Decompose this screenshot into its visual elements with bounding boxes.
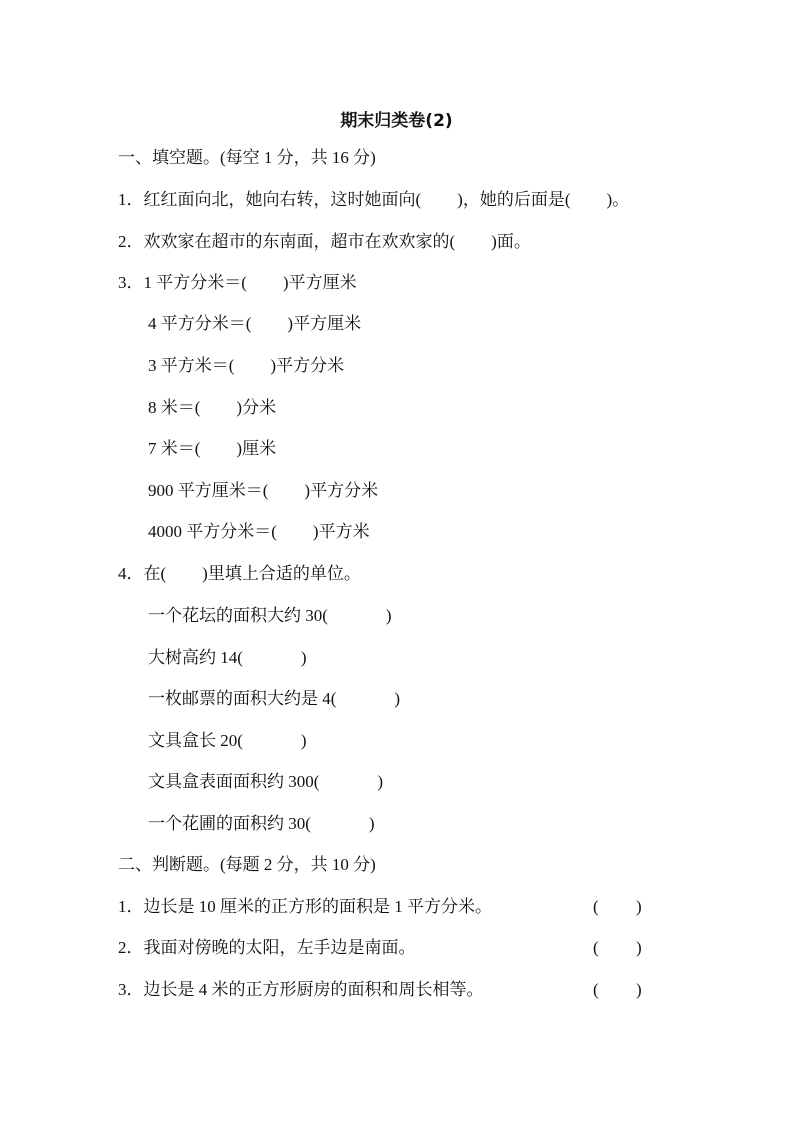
judgement-answer-blank[interactable] <box>612 937 636 959</box>
question-number: 1． <box>118 897 144 916</box>
judgement-answer-blank[interactable] <box>612 896 636 918</box>
question-number: 1． <box>118 190 144 209</box>
question-number: 4． <box>118 564 144 583</box>
question-1-3-item: 900 平方厘米＝()平方分米 <box>148 480 378 502</box>
judgement-close-paren: ) <box>636 937 642 959</box>
question-number: 3． <box>118 273 144 292</box>
question-number: 2． <box>118 938 144 957</box>
judgement-answer-blank[interactable] <box>612 979 636 1001</box>
judgement-close-paren: ) <box>636 979 642 1001</box>
question-1-3-item: 7 米＝()厘米 <box>148 438 276 460</box>
question-number: 2． <box>118 232 144 251</box>
judgement-open-paren: ( <box>593 979 599 1001</box>
judgement-open-paren: ( <box>593 896 599 918</box>
question-1-4-item: 大树高约 14() <box>148 647 307 669</box>
judgement-open-paren: ( <box>593 937 599 959</box>
question-1-4-item: 文具盒表面面积约 300() <box>148 771 383 793</box>
question-number: 3． <box>118 980 144 999</box>
question-1-3-item: 8 米＝()分米 <box>148 397 276 419</box>
question-2-2: 2．我面对傍晚的太阳，左手边是南面。 <box>118 937 416 959</box>
question-1-3-item: 4 平方分米＝()平方厘米 <box>148 313 361 335</box>
section-1-header: 一、填空题。(每空 1 分，共 16 分) <box>118 147 376 169</box>
question-2-1: 1．边长是 10 厘米的正方形的面积是 1 平方分米。 <box>118 896 492 918</box>
section-2-header: 二、判断题。(每题 2 分，共 10 分) <box>118 854 376 876</box>
question-1-4-item: 文具盒长 20() <box>148 730 307 752</box>
question-1-1: 1．红红面向北，她向右转，这时她面向()，她的后面是()。 <box>118 189 629 211</box>
question-1-4-item: 一个花坛的面积大约 30() <box>148 605 392 627</box>
question-1-4: 4．在()里填上合适的单位。 <box>118 563 361 585</box>
page-title: 期末归类卷(2) <box>0 106 793 131</box>
question-1-3: 3．1 平方分米＝()平方厘米 <box>118 272 357 294</box>
question-1-2: 2．欢欢家在超市的东南面，超市在欢欢家的()面。 <box>118 231 531 253</box>
judgement-close-paren: ) <box>636 896 642 918</box>
question-1-3-item: 4000 平方分米＝()平方米 <box>148 521 370 543</box>
question-1-3-item: 3 平方米＝()平方分米 <box>148 355 344 377</box>
question-1-4-item: 一枚邮票的面积大约是 4() <box>148 688 400 710</box>
question-2-3: 3．边长是 4 米的正方形厨房的面积和周长相等。 <box>118 979 484 1001</box>
question-1-4-item: 一个花圃的面积约 30() <box>148 813 375 835</box>
